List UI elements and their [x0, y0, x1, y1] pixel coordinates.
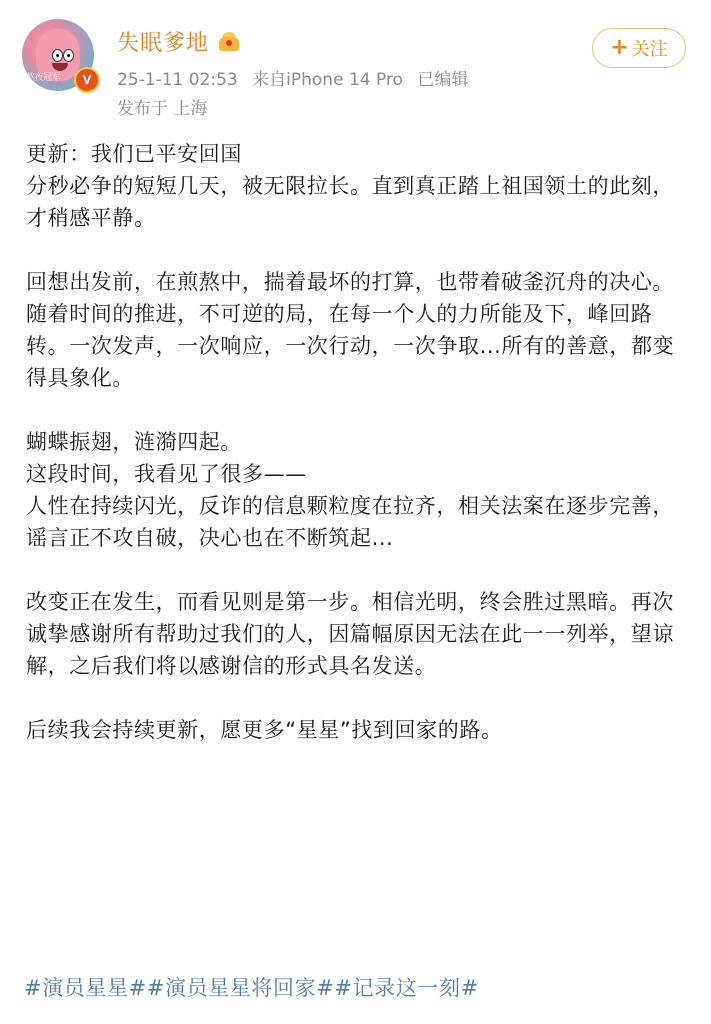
paragraph-line: 改变正在发生，而看见则是第一步。相信光明，终会胜过黑暗。再次诚挚感谢所有帮助过我… — [26, 586, 691, 682]
paragraph: 改变正在发生，而看见则是第一步。相信光明，终会胜过黑暗。再次诚挚感谢所有帮助过我… — [26, 586, 691, 682]
follow-label: 关注 — [632, 35, 668, 61]
post-timestamp: 25-1-11 02:53 — [117, 70, 238, 90]
post-location: 发布于 上海 — [117, 94, 207, 119]
avatar-eye-left — [52, 49, 63, 62]
paragraph-line: 这段时间，我看见了很多—— — [26, 458, 691, 490]
plus-icon: + — [610, 37, 628, 59]
edited-label[interactable]: 已编辑 — [417, 70, 468, 90]
paragraph: 更新：我们已平安回国 分秒必争的短短几天，被无限拉长。直到真正踏上祖国领土的此刻… — [26, 138, 691, 234]
hashtag-link[interactable]: #记录这一刻# — [334, 976, 478, 1000]
crown-icon — [217, 31, 241, 53]
paragraph-line: 蝴蝶振翅，涟漪四起。 — [26, 426, 691, 458]
paragraph-line: 人性在持续闪光，反诈的信息颗粒度在拉齐，相关法案在逐步完善，谣言正不攻自破，决心… — [26, 490, 691, 554]
avatar-eye-right — [63, 49, 74, 62]
paragraph: 后续我会持续更新，愿更多“星星”找到回家的路。 — [26, 714, 691, 746]
username[interactable]: 失眠爹地 — [117, 26, 209, 57]
post-body: 更新：我们已平安回国 分秒必争的短短几天，被无限拉长。直到真正踏上祖国领土的此刻… — [26, 138, 691, 778]
avatar-caption: 熬夜冠军 — [26, 70, 60, 83]
paragraph-line: 随着时间的推进，不可逆的局，在每一个人的力所能及下，峰回路转。一次发声，一次响应… — [26, 298, 691, 394]
username-row: 失眠爹地 — [117, 26, 241, 57]
paragraph-line: 更新：我们已平安回国 — [26, 138, 691, 170]
paragraph: 回想出发前，在煎熬中，揣着最坏的打算，也带着破釜沉舟的决心。 随着时间的推进，不… — [26, 266, 691, 394]
paragraph-line: 回想出发前，在煎熬中，揣着最坏的打算，也带着破釜沉舟的决心。 — [26, 266, 691, 298]
hashtag-link[interactable]: #演员星星# — [24, 976, 147, 1000]
post-source: 来自iPhone 14 Pro — [252, 70, 403, 90]
paragraph-line: 后续我会持续更新，愿更多“星星”找到回家的路。 — [26, 714, 691, 746]
follow-button[interactable]: + 关注 — [592, 28, 686, 68]
paragraph-line: 分秒必争的短短几天，被无限拉长。直到真正踏上祖国领土的此刻，才稍感平静。 — [26, 170, 691, 234]
hashtag-list: #演员星星##演员星星将回家##记录这一刻# — [24, 972, 479, 1002]
post-header: 熬夜冠军 V 失眠爹地 25-1-11 02:53 来自iPhone 14 Pr… — [0, 0, 711, 130]
verified-badge-icon: V — [74, 67, 100, 93]
hashtag-link[interactable]: #演员星星将回家# — [147, 976, 335, 1000]
paragraph: 蝴蝶振翅，涟漪四起。 这段时间，我看见了很多—— 人性在持续闪光，反诈的信息颗粒… — [26, 426, 691, 554]
post-meta: 25-1-11 02:53 来自iPhone 14 Pro 已编辑 — [117, 65, 468, 90]
